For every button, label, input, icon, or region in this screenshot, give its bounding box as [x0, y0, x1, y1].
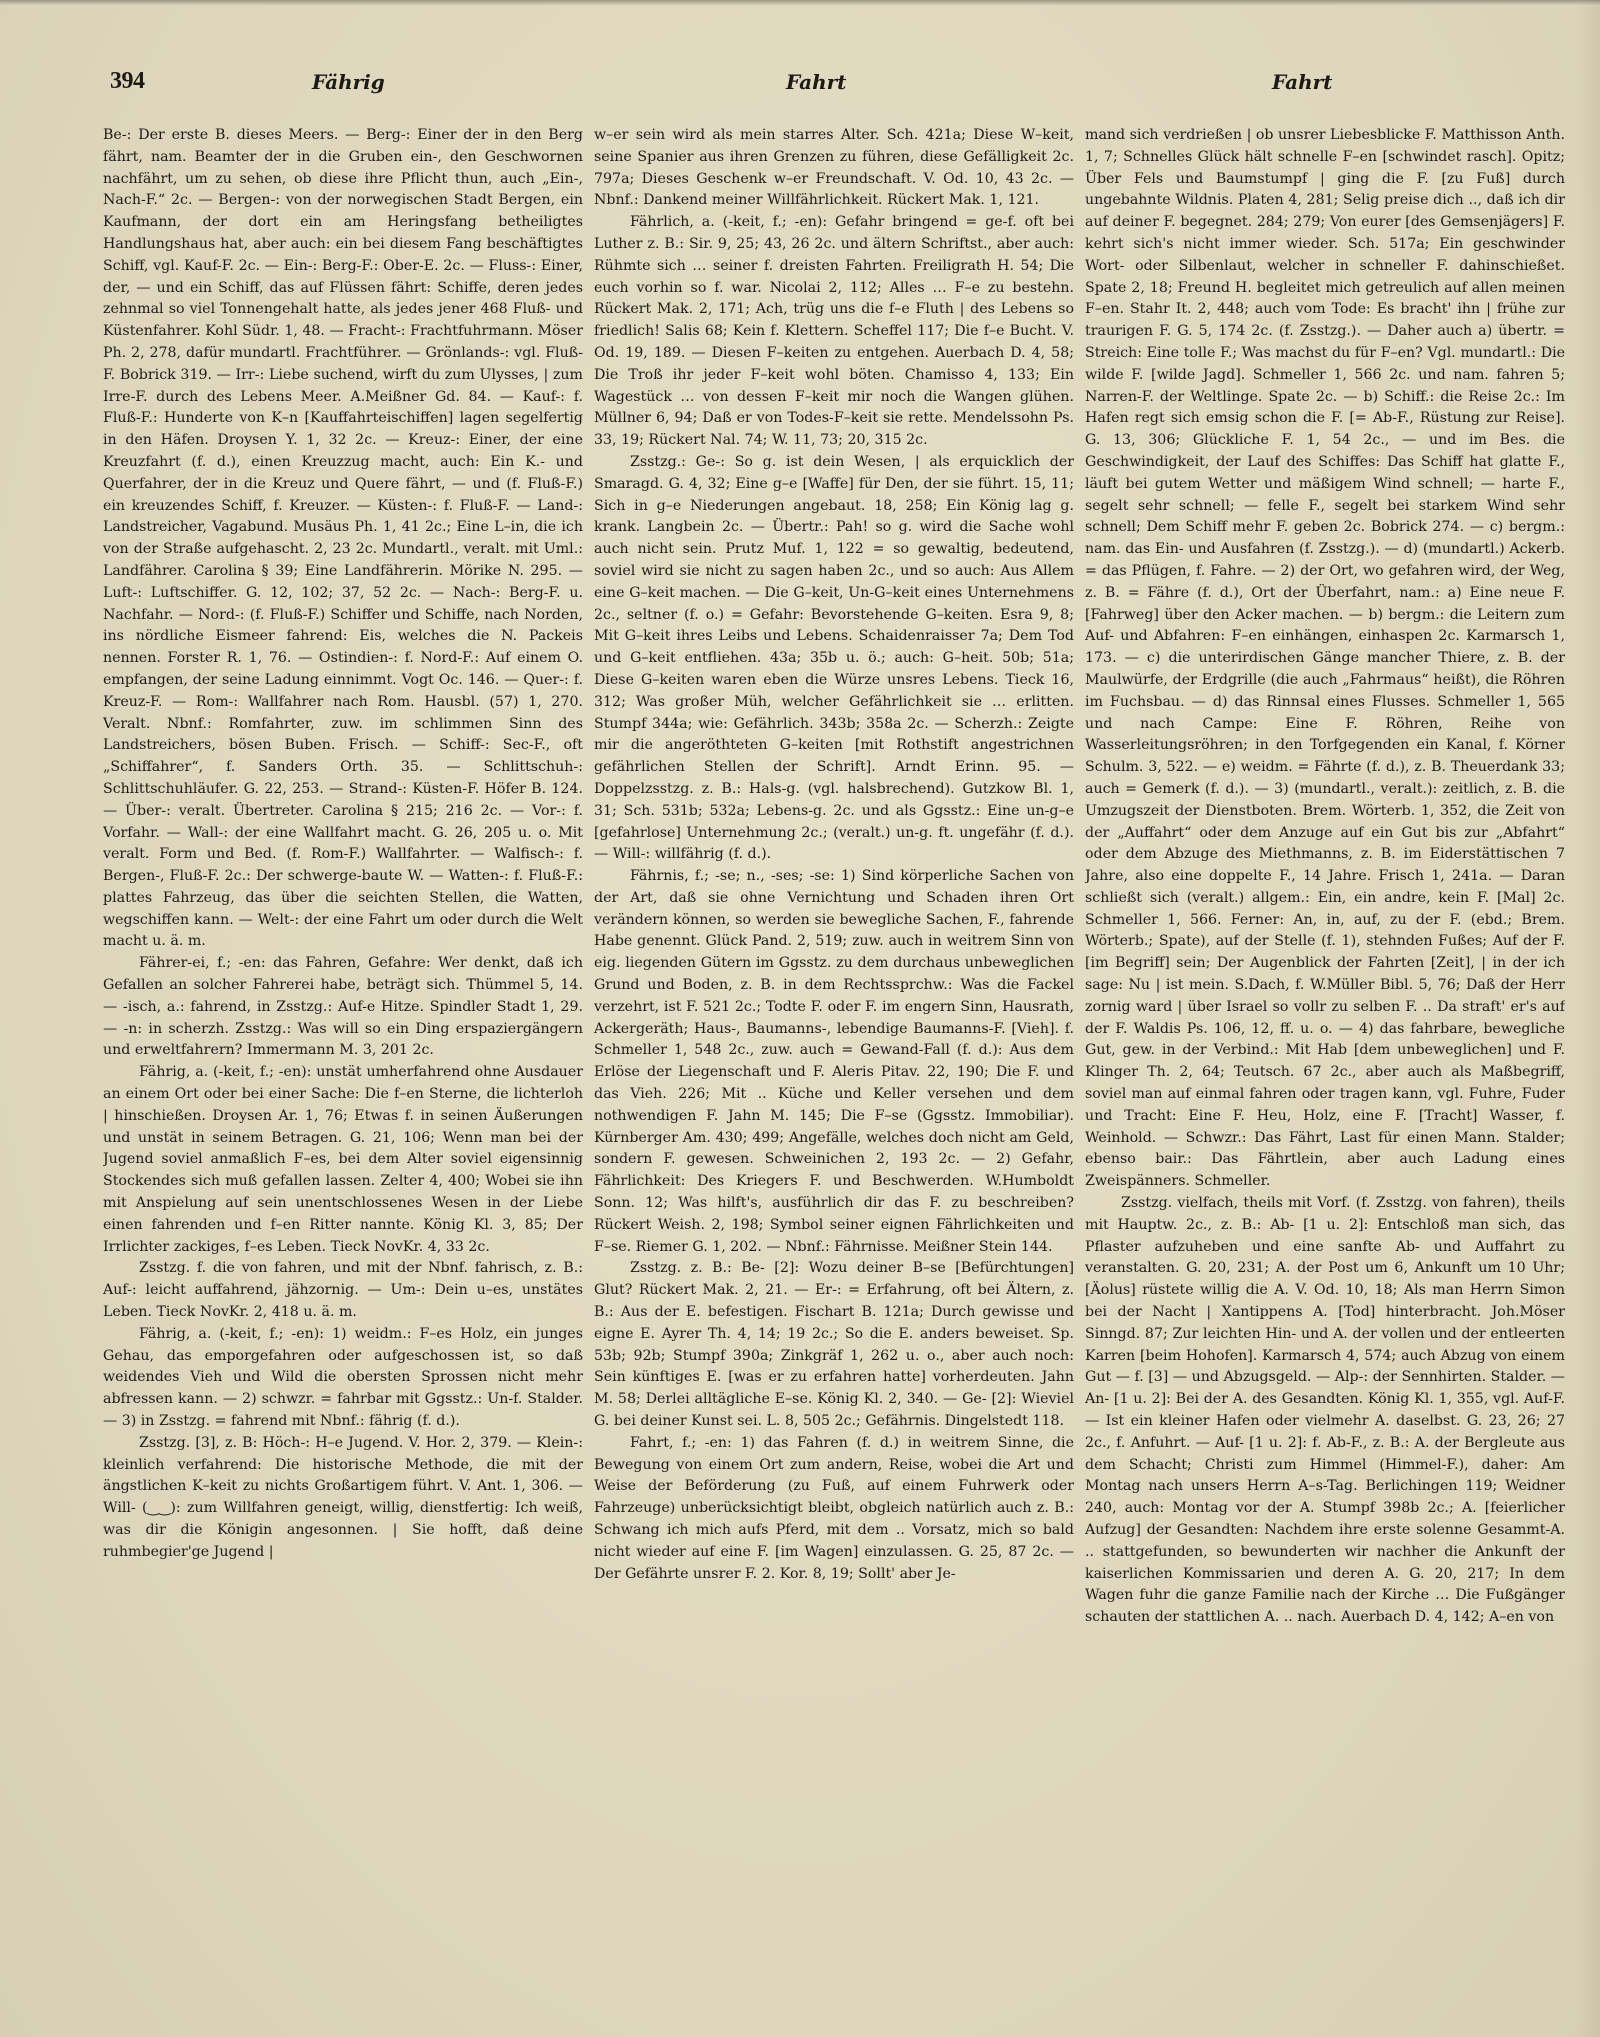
dictionary-entry: Zsstzg. [3], z. B: Höch-: H–e Jugend. V.… — [103, 1433, 583, 1564]
dictionary-columns: Be-: Der erste B. dieses Meers. — Berg-:… — [103, 125, 1565, 1900]
entry-continuation: Be-: Der erste B. dieses Meers. — Berg-:… — [103, 125, 583, 953]
column-right: mand sich verdrießen | ob unsrer Liebesb… — [1085, 125, 1565, 1900]
page-number: 394 — [110, 68, 145, 95]
dictionary-entry: Fährig, a. (-keit, f.; -en): 1) weidm.: … — [103, 1324, 583, 1433]
dictionary-entry: Fährnis, f.; -se; n., -ses; -se: 1) Sind… — [594, 866, 1074, 1258]
dictionary-entry: Zsstzg. vielfach, theils mit Vorf. (f. Z… — [1085, 1193, 1565, 1629]
dictionary-entry: Fährig, a. (-keit, f.; -en): unstät umhe… — [103, 1062, 583, 1258]
column-middle: w–er sein wird als mein starres Alter. S… — [594, 125, 1074, 1900]
running-headword-left: Fährig — [312, 70, 385, 94]
entry-continuation: w–er sein wird als mein starres Alter. S… — [594, 125, 1074, 212]
entry-continuation: mand sich verdrießen | ob unsrer Liebesb… — [1085, 125, 1565, 1193]
running-headword-right: Fahrt — [1272, 70, 1332, 94]
running-headword-center: Fahrt — [786, 70, 846, 94]
scan-right-edge — [1578, 0, 1600, 2037]
dictionary-entry: Fahrt, f.; -en: 1) das Fahren (f. d.) in… — [594, 1433, 1074, 1586]
dictionary-entry: Zsstzg.: Ge-: So g. ist dein Wesen, | al… — [594, 452, 1074, 866]
scan-top-edge — [0, 0, 1600, 6]
running-header: 394 Fährig Fahrt Fahrt — [0, 68, 1600, 98]
dictionary-entry: Fährlich, a. (-keit, f.; -en): Gefahr br… — [594, 212, 1074, 452]
dictionary-entry: Zsstzg. z. B.: Be- [2]: Wozu deiner B–se… — [594, 1258, 1074, 1432]
dictionary-entry: Zsstzg. f. die von fahren, und mit der N… — [103, 1258, 583, 1323]
column-left: Be-: Der erste B. dieses Meers. — Berg-:… — [103, 125, 583, 1900]
dictionary-entry: Fährer-ei, f.; -en: das Fahren, Gefahre:… — [103, 953, 583, 1062]
